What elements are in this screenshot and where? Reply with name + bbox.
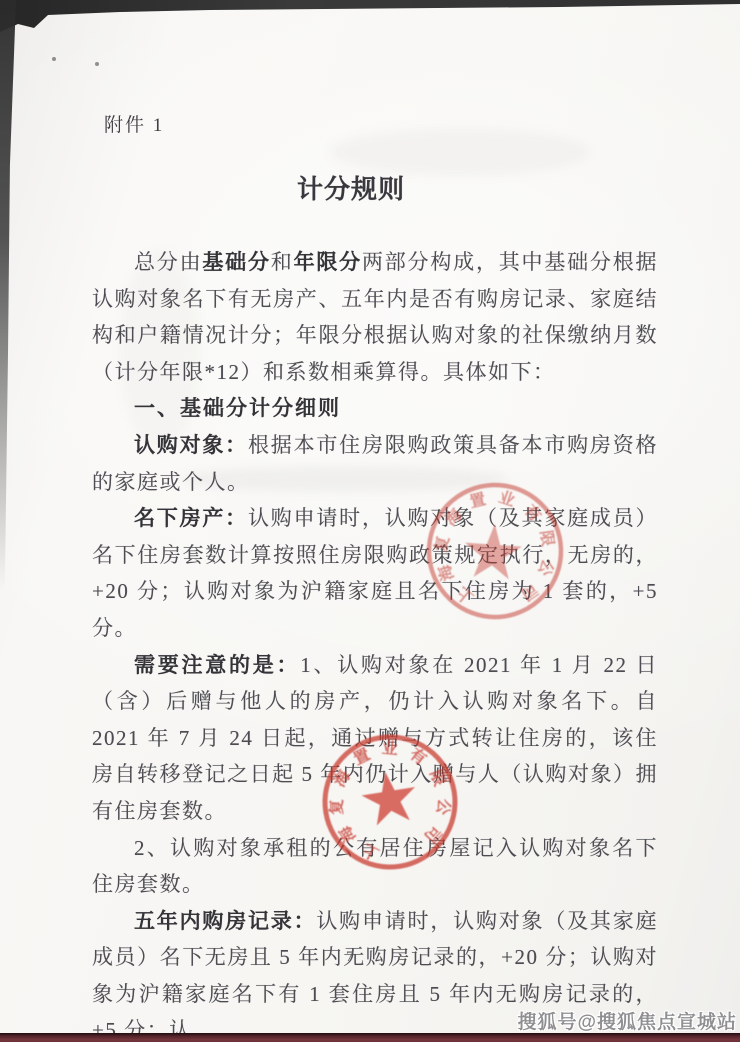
- bold-text: 基础分: [202, 250, 270, 274]
- bold-text: 一、基础分计分细则: [134, 396, 341, 420]
- paragraph: 2、认购对象承租的公有居住房屋记入认购对象名下住房套数。: [92, 830, 658, 903]
- body-text: 1、认购对象在 2021 年 1 月 22 日（含）后赠与他人的房产，仍计入认购…: [92, 653, 658, 823]
- paragraph: 总分由基础分和年限分两部分构成，其中基础分根据认购对象名下有无房产、五年内是否有…: [92, 244, 658, 390]
- body-text: 2、认购对象承租的公有居住房屋记入认购对象名下住房套数。: [92, 836, 658, 897]
- scan-edge-left: [0, 0, 16, 590]
- bold-text: 需要注意的是：: [134, 653, 300, 677]
- document-body: 总分由基础分和年限分两部分构成，其中基础分根据认购对象名下有无房产、五年内是否有…: [92, 244, 658, 1042]
- body-text: 总分由: [134, 250, 202, 274]
- attachment-label: 附件 1: [104, 110, 164, 137]
- scan-edge-top: [0, 0, 740, 36]
- page-title: 计分规则: [0, 169, 702, 206]
- paragraph: 需要注意的是：1、认购对象在 2021 年 1 月 22 日（含）后赠与他人的房…: [92, 647, 658, 830]
- scan-speck: [52, 57, 56, 61]
- bold-text: 认购对象：: [134, 433, 248, 457]
- bold-text: 五年内购房记录：: [134, 909, 316, 933]
- page-number: 7: [346, 949, 355, 966]
- paragraph: 名下房产：认购申请时，认购对象（及其家庭成员）名下住房套数计算按照住房限购政策规…: [92, 500, 658, 646]
- scan-speck: [95, 62, 99, 66]
- bold-text: 名下房产：: [134, 506, 248, 530]
- section-heading: 一、基础分计分细则: [92, 390, 658, 427]
- body-text: 和: [271, 250, 294, 274]
- scanned-document-page: 附件 1 计分规则 总分由基础分和年限分两部分构成，其中基础分根据认购对象名下有…: [0, 0, 740, 1042]
- watermark: 搜狐号@搜狐焦点宣城站: [517, 1007, 737, 1034]
- paragraph: 认购对象：根据本市住房限购政策具备本市购房资格的家庭或个人。: [92, 427, 658, 500]
- bold-text: 年限分: [294, 250, 362, 274]
- bottom-bar: [0, 1033, 740, 1042]
